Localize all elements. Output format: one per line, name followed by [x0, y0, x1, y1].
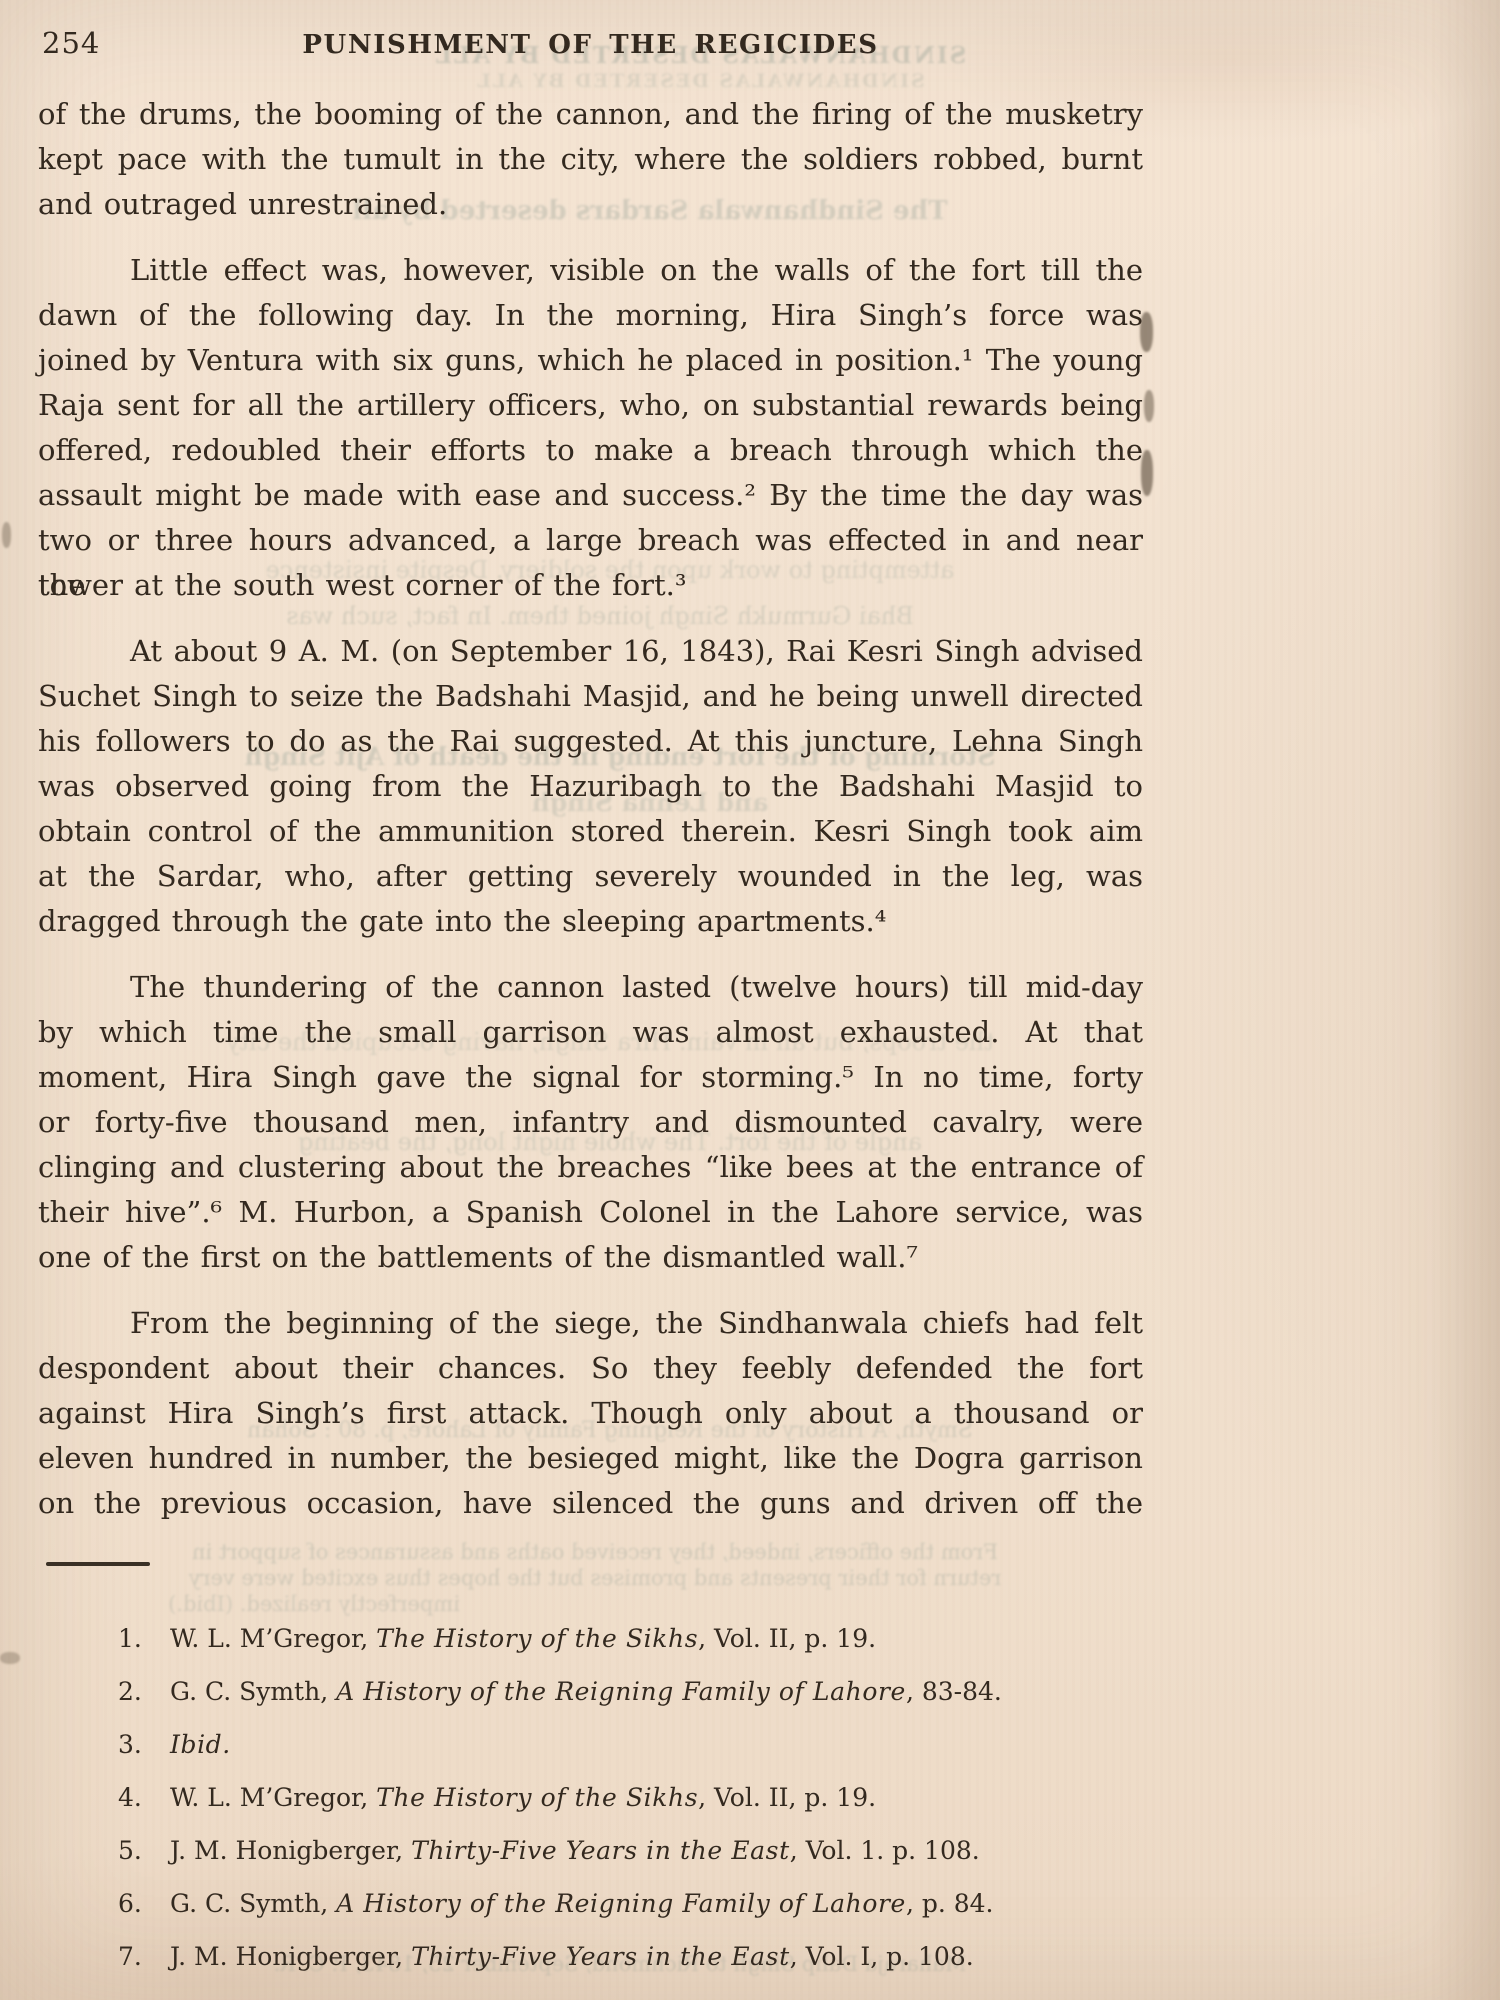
paragraph: of the drums, the booming of the cannon,… — [38, 92, 1143, 227]
text-line: dawn of the following day. In the mornin… — [38, 293, 1143, 338]
text-line: joined by Ventura with six guns, which h… — [38, 338, 1143, 383]
bleedthrough-text: return for their presents and promises b… — [40, 1566, 1150, 1590]
text-line: his followers to do as the Rai suggested… — [38, 719, 1143, 764]
text-line: Suchet Singh to seize the Badshahi Masji… — [38, 674, 1143, 719]
running-header: PUNISHMENT OF THE REGICIDES — [38, 30, 1143, 60]
text-line: kept pace with the tumult in the city, w… — [38, 137, 1143, 182]
text-line: moment, Hira Singh gave the signal for s… — [38, 1055, 1143, 1100]
text-line: From the beginning of the siege, the Sin… — [38, 1301, 1143, 1346]
paragraph: From the beginning of the siege, the Sin… — [38, 1301, 1143, 1526]
text-line: clinging and clustering about the breach… — [38, 1145, 1143, 1190]
text-line: offered, redoubled their efforts to make… — [38, 428, 1143, 473]
ink-smudge — [2, 522, 11, 548]
text-line: one of the first on the battlements of t… — [38, 1235, 1143, 1280]
text-line: on the previous occasion, have silenced … — [38, 1481, 1143, 1526]
bleedthrough-text: SINDHANWALAS DESERTED BY ALL — [300, 70, 1100, 92]
footnote-text: G. C. Symth, A History of the Reigning F… — [170, 1877, 1148, 1930]
ink-smudge — [0, 1652, 20, 1664]
footnote-text: W. L. M’Gregor, The History of the Sikhs… — [170, 1771, 1148, 1824]
footnote-number: 5. — [118, 1824, 170, 1877]
footnote-number: 1. — [118, 1612, 170, 1665]
text-line: tower at the south west corner of the fo… — [38, 563, 1143, 608]
text-line: At about 9 A. M. (on September 16, 1843)… — [38, 629, 1143, 674]
footnote: 5.J. M. Honigberger, Thirty-Five Years i… — [118, 1824, 1148, 1877]
footnote-number: 2. — [118, 1665, 170, 1718]
body-text: of the drums, the booming of the cannon,… — [38, 92, 1143, 1526]
footnote: 7.J. M. Honigberger, Thirty-Five Years i… — [118, 1930, 1148, 1983]
footnote-text: W. L. M’Gregor, The History of the Sikhs… — [170, 1612, 1148, 1665]
footnotes: 1.W. L. M’Gregor, The History of the Sik… — [118, 1612, 1148, 1983]
text-line: despondent about their chances. So they … — [38, 1346, 1143, 1391]
text-line: their hive”.⁶ M. Hurbon, a Spanish Colon… — [38, 1190, 1143, 1235]
ink-smudge — [1144, 390, 1154, 422]
bleedthrough-text: From the officers, indeed, they received… — [40, 1540, 1150, 1564]
footnote-number: 4. — [118, 1771, 170, 1824]
footnote: 1.W. L. M’Gregor, The History of the Sik… — [118, 1612, 1148, 1665]
text-line: of the drums, the booming of the cannon,… — [38, 92, 1143, 137]
text-line: Little effect was, however, visible on t… — [38, 248, 1143, 293]
footnote-text: J. M. Honigberger, Thirty-Five Years in … — [170, 1930, 1148, 1983]
text-line: by which time the small garrison was alm… — [38, 1010, 1143, 1055]
ink-smudge — [1140, 312, 1153, 352]
text-line: obtain control of the ammunition stored … — [38, 809, 1143, 854]
text-line: two or three hours advanced, a large bre… — [38, 518, 1143, 563]
text-line: or forty-five thousand men, infantry and… — [38, 1100, 1143, 1145]
book-page: SINDHANWALAS DESERTED BY ALL SINDHANWALA… — [0, 0, 1500, 2000]
page-gutter-shade — [1430, 0, 1500, 2000]
text-line: dragged through the gate into the sleepi… — [38, 899, 1143, 944]
text-line: assault might be made with ease and succ… — [38, 473, 1143, 518]
text-line: and outraged unrestrained. — [38, 182, 1143, 227]
footnote: 4.W. L. M’Gregor, The History of the Sik… — [118, 1771, 1148, 1824]
footnote: 2.G. C. Symth, A History of the Reigning… — [118, 1665, 1148, 1718]
text-line: Raja sent for all the artillery officers… — [38, 383, 1143, 428]
footnote: 3.Ibid. — [118, 1718, 1148, 1771]
footnote-text: J. M. Honigberger, Thirty-Five Years in … — [170, 1824, 1148, 1877]
ink-smudge — [1141, 450, 1153, 496]
paragraph: At about 9 A. M. (on September 16, 1843)… — [38, 629, 1143, 944]
paragraph: The thundering of the cannon lasted (twe… — [38, 965, 1143, 1280]
footnote-number: 7. — [118, 1930, 170, 1983]
footnote-text: Ibid. — [170, 1718, 1148, 1771]
footnote: 6.G. C. Symth, A History of the Reigning… — [118, 1877, 1148, 1930]
footnote-number: 3. — [118, 1718, 170, 1771]
footnote-separator — [46, 1562, 150, 1566]
footnote-number: 6. — [118, 1877, 170, 1930]
text-line: against Hira Singh’s first attack. Thoug… — [38, 1391, 1143, 1436]
text-line: was observed going from the Hazuribagh t… — [38, 764, 1143, 809]
paragraph: Little effect was, however, visible on t… — [38, 248, 1143, 608]
text-line: eleven hundred in number, the besieged m… — [38, 1436, 1143, 1481]
text-line: at the Sardar, who, after getting severe… — [38, 854, 1143, 899]
text-line: The thundering of the cannon lasted (twe… — [38, 965, 1143, 1010]
footnote-text: G. C. Symth, A History of the Reigning F… — [170, 1665, 1148, 1718]
